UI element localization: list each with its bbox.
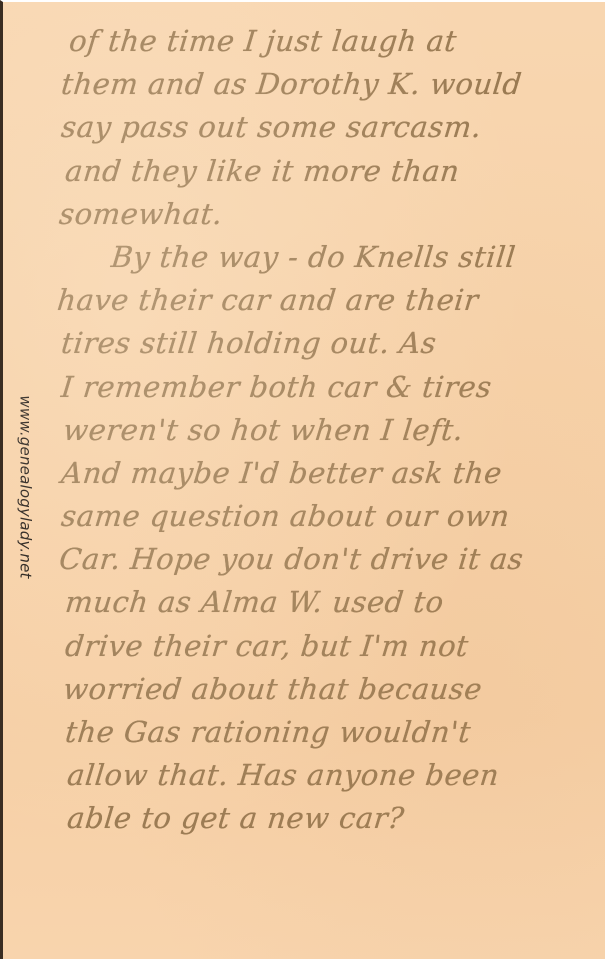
handwritten-line: have their car and are their <box>55 283 605 326</box>
handwritten-line: And maybe I'd better ask the <box>59 456 605 499</box>
letter-body: of the time I just laugh at them and as … <box>55 24 605 845</box>
handwritten-line: Car. Hope you don't drive it as <box>57 542 605 585</box>
watermark-text: www.genealogylady.net <box>17 395 35 578</box>
handwritten-line: say pass out some sarcasm. <box>59 110 605 153</box>
handwritten-line: worried about that because <box>61 672 605 715</box>
handwritten-line: same question about our own <box>59 499 605 542</box>
handwritten-line: drive their car, but I'm not <box>63 629 605 672</box>
handwritten-line: the Gas rationing wouldn't <box>63 715 605 758</box>
handwritten-line: much as Alma W. used to <box>63 585 605 628</box>
handwritten-line: tires still holding out. As <box>59 326 605 369</box>
handwritten-line: allow that. Has anyone been <box>65 758 605 801</box>
handwritten-line: By the way - do Knells still <box>109 240 605 283</box>
handwritten-line: I remember both car & tires <box>59 370 605 413</box>
handwritten-line: and they like it more than <box>63 154 605 197</box>
watermark: www.genealogylady.net <box>11 372 41 602</box>
handwritten-line: somewhat. <box>57 197 605 240</box>
handwritten-line: them and as Dorothy K. would <box>59 67 605 110</box>
handwritten-line: weren't so hot when I left. <box>61 413 605 456</box>
letter-page: www.genealogylady.net of the time I just… <box>0 0 605 959</box>
handwritten-line: able to get a new car? <box>65 801 605 844</box>
handwritten-line: of the time I just laugh at <box>67 24 605 67</box>
